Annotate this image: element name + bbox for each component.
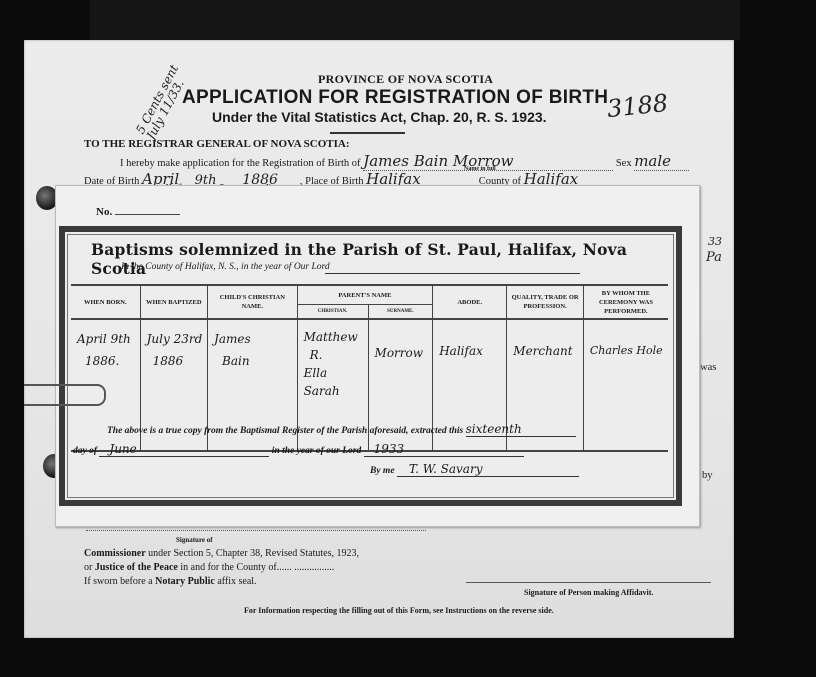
affiant-signature-label: Signature of Person making Affidavit. [524,588,653,597]
certificate-number: No. [96,206,180,218]
cell-by-whom: Charles Hole [583,319,668,451]
footer-note: For Information respecting the filling o… [244,606,554,615]
baptism-certificate: Baptisms solemnized in the Parish of St.… [59,226,682,506]
signed-by-field: T. W. Savary [397,462,579,477]
col-surname: SURNAME. [368,305,433,320]
year-field: 1933 [364,442,524,457]
month-field: June [99,442,269,457]
signature-line [86,530,426,531]
notary-line: If sworn before a Notary Public affix se… [84,576,257,587]
baptism-certificate-paper: No. Baptisms solemnized in the Parish of… [55,185,700,527]
divider [330,132,405,134]
edge-fragment: Pa [706,250,722,265]
addressee: TO THE REGISTRAR GENERAL OF NOVA SCOTIA: [84,138,350,150]
extracted-day-field: sixteenth [466,422,576,437]
col-when-baptized: WHEN BAPTIZED [140,285,207,319]
signed-by-line: By me T. W. Savary [370,462,579,477]
col-childs-name: CHILD'S CHRISTIAN NAME. [208,285,298,319]
margin-note: 5 Cents sent July 11/33. [134,24,212,141]
col-by-whom: BY WHOM THE CEREMONY WAS PERFORMED. [583,285,668,319]
signature-label: Signature of [176,536,213,544]
paper-clip [24,384,106,406]
col-christian: CHRISTIAN. [297,305,368,320]
province-heading: PROVINCE OF NOVA SCOTIA [318,72,493,87]
sex-field: male [634,152,689,171]
certificate-subtitle: In the County of Halifax, N. S., in the … [121,262,330,272]
commissioner-line: Commissioner under Section 5, Chapter 38… [84,548,359,559]
registration-number: 3188 [606,89,670,123]
justice-line: or Justice of the Peace in and for the C… [84,562,334,573]
form-subtitle: Under the Vital Statistics Act, Chap. 20… [212,109,547,125]
col-quality: QUALITY, TRADE OR PROFESSION. [507,285,584,319]
form-title: APPLICATION FOR REGISTRATION OF BIRTH [182,87,608,109]
date-line: day of June in the year of our Lord 1933 [73,442,524,457]
attestation-line: The above is a true copy from the Baptis… [107,422,576,437]
col-when-born: WHEN BORN. [71,285,140,319]
application-line: I hereby make application for the Regist… [120,152,720,171]
affiant-signature-line [466,582,711,583]
col-parents-name: PARENT'S NAME [297,285,433,305]
col-abode: ABODE. [433,285,507,319]
edge-fragment: was [700,362,716,373]
edge-fragment: by [702,470,713,481]
edge-fragment: 33 [708,235,722,248]
year-line [325,273,580,274]
